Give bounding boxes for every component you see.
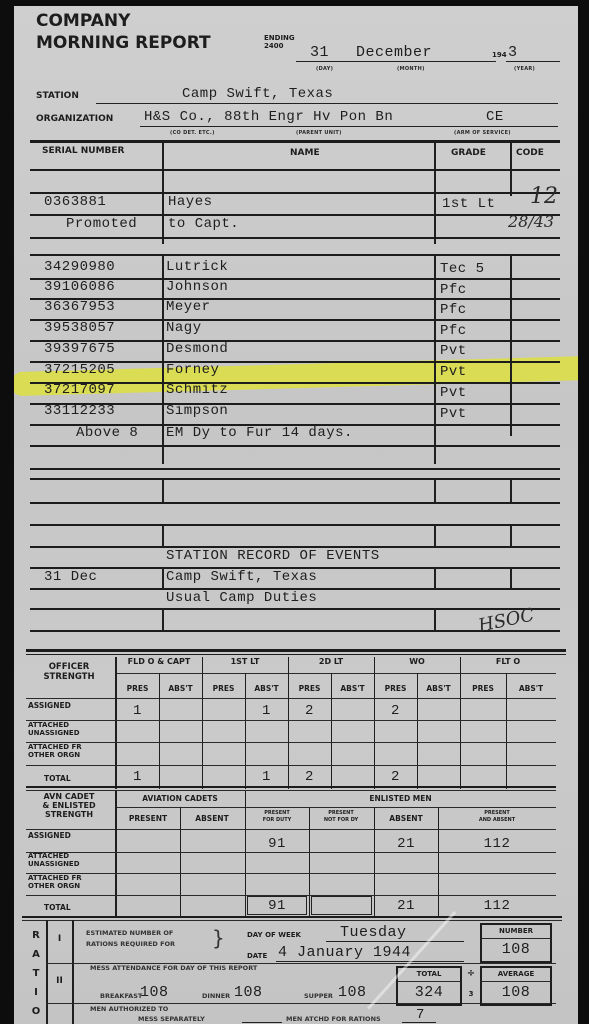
- officer-bottom-rule-2: [26, 790, 556, 791]
- roster-rule-4: [30, 254, 560, 256]
- row-serial: 37217097: [44, 382, 115, 398]
- form-title-line1: COMPANY: [36, 12, 130, 30]
- events-vline-b: [434, 567, 436, 588]
- line-1: ESTIMATED NUMBER OF: [86, 928, 175, 939]
- remark-right: to Capt.: [168, 216, 239, 232]
- sub-pres: PRES: [288, 684, 331, 693]
- events-date: 31 Dec: [44, 569, 97, 585]
- letter: T: [26, 964, 46, 983]
- row-grade: Pfc: [440, 282, 467, 298]
- row-grade: Pvt: [440, 406, 467, 422]
- section-ii-label: II: [47, 976, 72, 986]
- org-caption-arm: (ARM OF SERVICE): [454, 130, 511, 136]
- events-rule-3: [30, 608, 560, 610]
- date-underline: [296, 61, 496, 62]
- blank-vline-f: [510, 524, 512, 546]
- report-day: 31: [310, 44, 329, 61]
- officer-assigned-2dlt-pres: 2: [288, 703, 331, 719]
- authorized-label-1: MEN AUTHORIZED TO: [90, 1005, 168, 1013]
- summary-right: EM Dy to Fur 14 days.: [166, 425, 353, 441]
- officer-row-attached-fr-label: ATTACHED FR OTHER ORGN: [28, 743, 82, 759]
- officer-bottom-rule: [26, 786, 556, 788]
- officer-assigned-fld-pres: 1: [116, 703, 159, 719]
- year-suffix: 3: [508, 44, 518, 61]
- attached-rations-value: 7: [416, 1007, 425, 1023]
- organization-label: ORGANIZATION: [36, 114, 113, 124]
- row-name: Desmond: [166, 341, 228, 357]
- events-vline-d: [162, 608, 164, 630]
- total-box-present-not-for-duty: [311, 896, 372, 915]
- col-em-absent: ABSENT: [374, 814, 438, 823]
- blank-rule-1: [30, 468, 560, 470]
- roster-header-rule: [30, 169, 560, 171]
- group-aviation-cadets: AVIATION CADETS: [116, 794, 244, 803]
- date-underline-rations: [276, 961, 464, 962]
- enlisted-total-absent: 21: [374, 898, 438, 914]
- officer-vline: [331, 673, 332, 789]
- officer-vline: [202, 657, 203, 789]
- col-present-and-absent: PRESENT AND ABSENT: [438, 810, 556, 824]
- total-box-divider: [397, 981, 461, 982]
- row-name: Lutrick: [166, 259, 228, 275]
- enlisted-vline: [309, 807, 310, 917]
- officer-row-attached-unassigned-label: ATTACHED UNASSIGNED: [28, 721, 80, 737]
- average-box-divider: [481, 981, 551, 982]
- section-i-label: I: [47, 934, 72, 944]
- enlisted-subhead-rule: [26, 829, 556, 830]
- row-serial: 39106086: [44, 279, 115, 295]
- row-grade: Pvt: [440, 385, 467, 401]
- officer-assigned-1stlt-abst: 1: [245, 703, 288, 719]
- officer-total-fld-pres: 1: [116, 769, 159, 785]
- col-code: CODE: [516, 148, 544, 158]
- officer-strength-top-rule: [26, 649, 566, 652]
- officer-vline: [460, 657, 461, 789]
- average-label: AVERAGE: [480, 970, 552, 978]
- label-line-1: ATTACHED FR: [28, 743, 82, 751]
- organization-underline: [140, 126, 558, 127]
- enlisted-vline-0: [115, 791, 117, 917]
- table-row: 34290980 Lutrick Tec 5: [14, 258, 578, 280]
- col-serial-number: SERIAL NUMBER: [42, 146, 124, 156]
- ending-label-2: 2400: [264, 42, 295, 50]
- station-value: Camp Swift, Texas: [182, 86, 333, 102]
- organization-value: H&S Co., 88th Engr Hv Pon Bn: [144, 109, 393, 125]
- authorized-label-2: MESS SEPARATELY: [138, 1015, 205, 1023]
- row-grade: Pvt: [440, 364, 467, 380]
- year-underline: [506, 61, 560, 62]
- officer-total-1stlt-abst: 1: [245, 769, 288, 785]
- sub-abst: ABS'T: [245, 684, 288, 693]
- row-serial: 39397675: [44, 341, 115, 357]
- morning-report-form: COMPANY MORNING REPORT ENDING 2400 31 De…: [14, 6, 578, 1024]
- line-1: PRESENT: [245, 810, 309, 817]
- row-rule: [30, 445, 560, 447]
- events-vline-e: [434, 608, 436, 630]
- station-underline: [96, 103, 558, 104]
- group-1st-lt: 1ST LT: [202, 657, 288, 666]
- row-grade: Tec 5: [440, 261, 485, 277]
- officer-vline: [159, 673, 160, 789]
- label-line-2: UNASSIGNED: [28, 729, 80, 737]
- dinner-label: DINNER: [202, 992, 230, 1000]
- blank-rule-3: [30, 502, 560, 504]
- line-2: FOR DUTY: [245, 817, 309, 824]
- row-serial: 33112233: [44, 403, 115, 419]
- form-title-line2: MORNING REPORT: [36, 34, 211, 52]
- ending-label-1: ENDING: [264, 34, 295, 42]
- blank-vline-e: [434, 524, 436, 546]
- officer-group-rule: [116, 673, 556, 674]
- enlisted-row-assigned-label: ASSIGNED: [28, 831, 71, 840]
- col-cadets-absent: ABSENT: [180, 814, 244, 823]
- officer-grade: 1st Lt: [442, 196, 495, 212]
- group-wo: WO: [374, 657, 460, 666]
- divide-icon: ÷: [464, 968, 478, 979]
- sub-pres: PRES: [460, 684, 506, 693]
- row-name: Johnson: [166, 279, 228, 295]
- blank-vline-d: [162, 524, 164, 546]
- row-grade: Pvt: [440, 343, 467, 359]
- col-present-for-duty: PRESENT FOR DUTY: [245, 810, 309, 824]
- enlisted-row-rule: [26, 873, 556, 874]
- group-flt-o: FLT O: [460, 657, 556, 666]
- letter: I: [26, 983, 46, 1002]
- authorized-underline: [242, 1022, 282, 1023]
- breakfast-label: BREAKFAST: [100, 992, 142, 1000]
- letter: A: [26, 945, 46, 964]
- label-line-2: OTHER ORGN: [28, 751, 82, 759]
- attached-rations-label: MEN ATCHD FOR RATIONS: [286, 1015, 381, 1023]
- events-vline-a: [162, 567, 164, 588]
- rations-vline-sections: [72, 920, 74, 1024]
- row-grade: Pfc: [440, 323, 467, 339]
- events-vline-c: [510, 567, 512, 588]
- row-serial: 39538057: [44, 320, 115, 336]
- line-2: RATIONS REQUIRED FOR: [86, 939, 175, 950]
- enlisted-row-rule: [26, 852, 556, 853]
- blank-vline-b: [434, 478, 436, 502]
- officer-row-rule: [26, 765, 556, 766]
- enlisted-total-present-for-duty: 91: [245, 898, 309, 914]
- sub-abst: ABS'T: [159, 684, 202, 693]
- blank-rule-2: [30, 478, 560, 480]
- officer-vline: [417, 673, 418, 789]
- mess-attendance-label: MESS ATTENDANCE FOR DAY OF THIS REPORT: [90, 964, 257, 972]
- letter: O: [26, 1002, 46, 1021]
- officer-row-assigned-label: ASSIGNED: [28, 701, 71, 710]
- letter: R: [26, 926, 46, 945]
- col-cadets-present: PRESENT: [116, 814, 180, 823]
- dinner-value: 108: [234, 984, 263, 1001]
- handwritten-date-note: 28/43: [508, 212, 554, 231]
- enlisted-vline: [180, 807, 181, 917]
- date-label: DATE: [247, 952, 267, 960]
- row-name: Schmitz: [166, 382, 228, 398]
- total-value: 324: [396, 984, 462, 1001]
- officer-strength-top-rule-2: [26, 654, 566, 655]
- col-name: NAME: [290, 148, 320, 158]
- number-label: NUMBER: [480, 927, 552, 935]
- row-serial: 34290980: [44, 259, 115, 275]
- enlisted-assigned-present-and-absent: 112: [438, 836, 556, 852]
- year-caption: (YEAR): [514, 66, 535, 72]
- brace-icon: }: [212, 926, 225, 950]
- month-caption: (MONTH): [397, 66, 425, 72]
- report-month: December: [356, 44, 432, 61]
- line-1: PRESENT: [438, 810, 556, 817]
- enlisted-assigned-present-for-duty: 91: [245, 836, 309, 852]
- officer-vline: [506, 673, 507, 789]
- day-of-week-label: DAY OF WEEK: [247, 931, 301, 939]
- enlisted-row-total-label: TOTAL: [44, 903, 71, 912]
- group-fld-o-capt: FLD O & CAPT: [116, 657, 202, 666]
- station-label: STATION: [36, 91, 79, 101]
- officer-code-handwritten: 12: [530, 184, 558, 209]
- officer-subhead-rule: [26, 698, 556, 699]
- sub-abst: ABS'T: [331, 684, 374, 693]
- sub-pres: PRES: [116, 684, 159, 693]
- rations-side-label: R A T I O: [26, 926, 46, 1021]
- officer-strength-title-1: OFFICER: [28, 662, 110, 672]
- year-prefix: 194: [492, 51, 507, 59]
- sub-pres: PRES: [374, 684, 417, 693]
- officer-total-2dlt-pres: 2: [288, 769, 331, 785]
- roster-top-rule: [30, 140, 560, 143]
- title-line-3: STRENGTH: [28, 810, 110, 819]
- label-line-1: ATTACHED FR: [28, 874, 82, 882]
- total-label: TOTAL: [396, 970, 462, 978]
- sub-abst: ABS'T: [417, 684, 460, 693]
- supper-value: 108: [338, 984, 367, 1001]
- remark-left: Promoted: [66, 216, 137, 232]
- supper-label: SUPPER: [304, 992, 333, 1000]
- breakfast-value: 108: [140, 984, 169, 1001]
- arm-of-service-value: CE: [486, 109, 504, 125]
- day-of-week-value: Tuesday: [340, 924, 407, 941]
- record-of-events-title: STATION RECORD OF EVENTS: [166, 548, 380, 564]
- group-2d-lt: 2D LT: [288, 657, 374, 666]
- blank-vline-c: [510, 478, 512, 502]
- enlisted-bottom-rule-2: [22, 920, 562, 921]
- col-present-not-for-duty: PRESENT NOT FOR DY: [309, 810, 373, 824]
- officer-total-wo-pres: 2: [374, 769, 417, 785]
- officer-assigned-wo-pres: 2: [374, 703, 417, 719]
- enlisted-group-rule: [116, 807, 556, 808]
- rations-date-value: 4 January 1944: [278, 944, 411, 961]
- officer-strength-title-2: STRENGTH: [28, 672, 110, 682]
- line-2: NOT FOR DY: [309, 817, 373, 824]
- enlisted-strength-title: AVN CADET & ENLISTED STRENGTH: [28, 792, 110, 819]
- estimated-rations-label: ESTIMATED NUMBER OF RATIONS REQUIRED FOR: [86, 928, 175, 950]
- events-line-1: Camp Swift, Texas: [166, 569, 317, 585]
- row-serial: 36367953: [44, 299, 115, 315]
- label-line-1: ATTACHED: [28, 852, 80, 860]
- summary-left: Above 8: [76, 425, 138, 441]
- blank-vline-a: [162, 478, 164, 502]
- row-name: Simpson: [166, 403, 228, 419]
- title-line-2: & ENLISTED: [28, 801, 110, 810]
- org-caption-parent: (PARENT UNIT): [296, 130, 342, 136]
- title-line-1: AVN CADET: [28, 792, 110, 801]
- day-of-week-underline: [326, 941, 464, 942]
- row-name: Forney: [166, 362, 219, 378]
- number-value: 108: [480, 941, 552, 958]
- enlisted-bottom-rule: [22, 916, 562, 918]
- officer-row-total-label: TOTAL: [44, 774, 71, 783]
- ending-label: ENDING 2400: [264, 34, 295, 50]
- average-value: 108: [480, 984, 552, 1001]
- enlisted-assigned-absent: 21: [374, 836, 438, 852]
- officer-row-rule: [26, 720, 556, 721]
- sub-abst: ABS'T: [506, 684, 556, 693]
- line-2: AND ABSENT: [438, 817, 556, 824]
- officer-name: Hayes: [168, 194, 213, 210]
- events-line-2: Usual Camp Duties: [166, 590, 317, 606]
- org-caption-co: (CO DET. ETC.): [170, 130, 215, 136]
- blank-rule-4: [30, 524, 560, 526]
- roster-rule-3: [30, 237, 560, 239]
- group-enlisted-men: ENLISTED MEN: [245, 794, 556, 803]
- row-name: Nagy: [166, 320, 202, 336]
- day-caption: (DAY): [316, 66, 333, 72]
- row-serial: 37215205: [44, 362, 115, 378]
- officer-row-rule: [26, 742, 556, 743]
- officer-strength-title: OFFICER STRENGTH: [28, 662, 110, 682]
- enlisted-row-attached-unassigned-label: ATTACHED UNASSIGNED: [28, 852, 80, 868]
- officer-serial: 0363881: [44, 194, 106, 210]
- label-line-1: ATTACHED: [28, 721, 80, 729]
- number-box-divider: [481, 938, 551, 939]
- label-line-2: UNASSIGNED: [28, 860, 80, 868]
- col-grade: GRADE: [451, 148, 486, 158]
- sub-pres: PRES: [202, 684, 245, 693]
- line-1: PRESENT: [309, 810, 373, 817]
- roster-rule-1: [30, 192, 560, 194]
- row-grade: Pfc: [440, 302, 467, 318]
- row-name: Meyer: [166, 299, 211, 315]
- label-line-2: OTHER ORGN: [28, 882, 82, 890]
- divisor-value: 3: [464, 990, 478, 998]
- enlisted-row-attached-fr-label: ATTACHED FR OTHER ORGN: [28, 874, 82, 890]
